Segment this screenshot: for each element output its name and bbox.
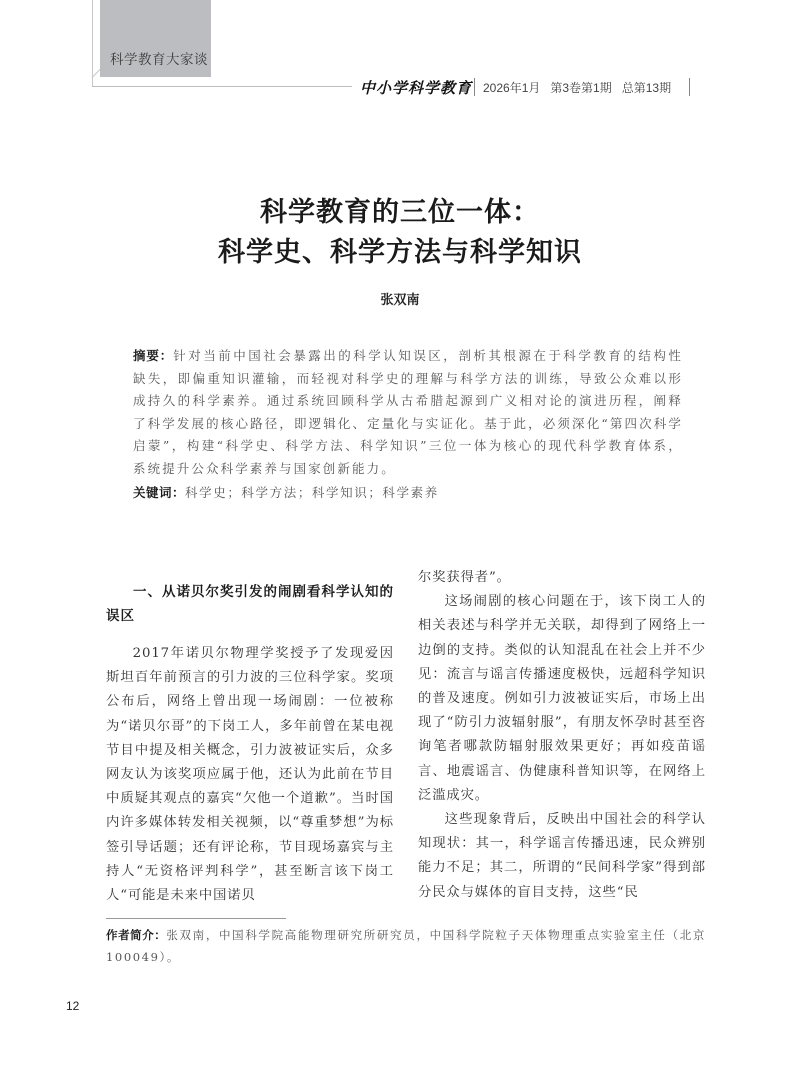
separator <box>474 78 475 96</box>
abstract-text: 针对当前中国社会暴露出的科学认知误区，剖析其根源在于科学教育的结构性缺失，即偏重… <box>133 348 683 476</box>
keywords-text: 科学史；科学方法；科学知识；科学素养 <box>185 485 439 500</box>
author-footnote: 作者简介：张双南，中国科学院高能物理研究所研究员，中国科学院粒子天体物理重点实验… <box>106 924 706 968</box>
page-number: 12 <box>66 999 79 1013</box>
footnote-rule <box>106 918 286 919</box>
title-line-1: 科学教育的三位一体： <box>0 193 800 233</box>
section-heading: 一、从诺贝尔奖引发的闹剧看科学认知的误区 <box>106 580 394 628</box>
journal-logo: 中小学科学教育 <box>360 77 472 98</box>
header-rule <box>92 86 352 87</box>
total-issue: 总第13期 <box>622 79 671 96</box>
article-title: 科学教育的三位一体： 科学史、科学方法与科学知识 <box>0 193 800 273</box>
body-column-left: 一、从诺贝尔奖引发的闹剧看科学认知的误区 2017年诺贝尔物理学奖授予了发现爱因… <box>106 556 394 908</box>
paragraph-continuation: 尔奖获得者”。 <box>418 566 706 590</box>
separator <box>689 78 690 96</box>
keywords-label: 关键词： <box>133 485 185 500</box>
issue-date: 2026年1月 <box>483 79 540 96</box>
volume-issue: 第3卷第1期 <box>550 79 611 96</box>
title-line-2: 科学史、科学方法与科学知识 <box>0 233 800 273</box>
keywords: 关键词：科学史；科学方法；科学知识；科学素养 <box>133 482 683 504</box>
paragraph: 这些现象背后，反映出中国社会的科学认知现状：其一，科学谣言传播迅速，民众辨别能力… <box>418 808 706 905</box>
section-tab-label: 科学教育大家谈 <box>110 48 208 68</box>
footnote-label: 作者简介： <box>106 928 166 942</box>
paragraph: 2017年诺贝尔物理学奖授予了发现爱因斯坦百年前预言的引力波的三位科学家。奖项公… <box>106 642 394 908</box>
abstract: 摘要：针对当前中国社会暴露出的科学认知误区，剖析其根源在于科学教育的结构性缺失，… <box>133 345 683 480</box>
tab-edge-line <box>92 0 93 86</box>
abstract-label: 摘要： <box>133 348 173 363</box>
author-name: 张双南 <box>0 289 800 308</box>
body-column-right: 尔奖获得者”。 这场闹剧的核心问题在于，该下岗工人的相关表述与科学并无关联，却得… <box>418 566 706 905</box>
paragraph: 这场闹剧的核心问题在于，该下岗工人的相关表述与科学并无关联，却得到了网络上一边倒… <box>418 590 706 808</box>
issue-info: 2026年1月 第3卷第1期 总第13期 <box>466 77 698 97</box>
footnote-text: 张双南，中国科学院高能物理研究所研究员，中国科学院粒子天体物理重点实验室主任（北… <box>106 928 719 964</box>
